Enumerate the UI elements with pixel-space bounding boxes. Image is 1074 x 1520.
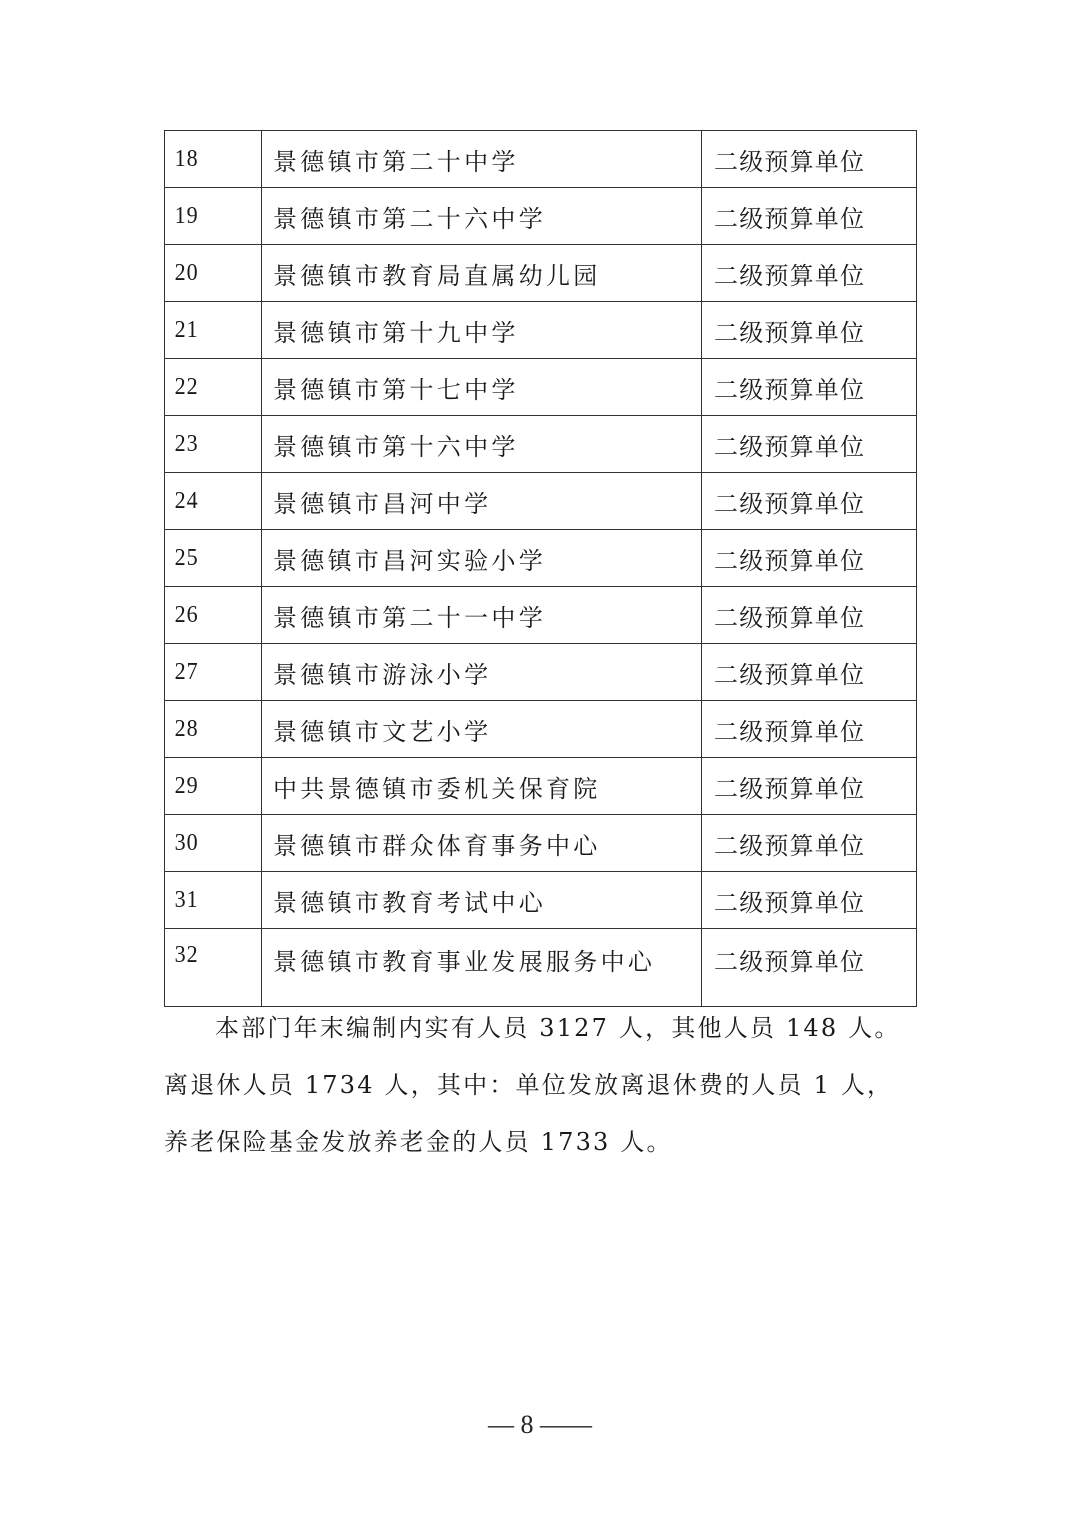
table-row: 32 景德镇市教育事业发展服务中心 二级预算单位 bbox=[165, 929, 917, 1007]
budget-level: 二级预算单位 bbox=[702, 302, 917, 359]
unit-name: 景德镇市群众体育事务中心 bbox=[262, 815, 702, 872]
row-number: 20 bbox=[165, 245, 254, 302]
table-row: 24 景德镇市昌河中学 二级预算单位 bbox=[165, 473, 917, 530]
table-row: 21 景德镇市第十九中学 二级预算单位 bbox=[165, 302, 917, 359]
budget-units-table: 18 景德镇市第二十中学 二级预算单位 19 景德镇市第二十六中学 二级预算单位… bbox=[164, 130, 917, 1007]
table-row: 26 景德镇市第二十一中学 二级预算单位 bbox=[165, 587, 917, 644]
row-number: 27 bbox=[165, 644, 254, 701]
unit-name: 景德镇市第二十中学 bbox=[262, 131, 702, 188]
unit-name: 景德镇市教育局直属幼儿园 bbox=[262, 245, 702, 302]
table-row: 30 景德镇市群众体育事务中心 二级预算单位 bbox=[165, 815, 917, 872]
unit-name: 中共景德镇市委机关保育院 bbox=[262, 758, 702, 815]
budget-level: 二级预算单位 bbox=[702, 872, 917, 929]
table-row: 31 景德镇市教育考试中心 二级预算单位 bbox=[165, 872, 917, 929]
table-row: 29 中共景德镇市委机关保育院 二级预算单位 bbox=[165, 758, 917, 815]
row-number: 18 bbox=[165, 131, 254, 188]
row-number: 30 bbox=[165, 815, 254, 872]
row-number: 29 bbox=[165, 758, 254, 815]
budget-level: 二级预算单位 bbox=[702, 416, 917, 473]
budget-level: 二级预算单位 bbox=[702, 359, 917, 416]
unit-name: 景德镇市文艺小学 bbox=[262, 701, 702, 758]
row-number: 31 bbox=[165, 872, 254, 929]
document-page: 18 景德镇市第二十中学 二级预算单位 19 景德镇市第二十六中学 二级预算单位… bbox=[0, 0, 1074, 1520]
budget-level: 二级预算单位 bbox=[702, 758, 917, 815]
budget-level: 二级预算单位 bbox=[702, 473, 917, 530]
paragraph-line: 养老保险基金发放养老金的人员 1733 人。 bbox=[164, 1114, 924, 1171]
unit-name: 景德镇市昌河中学 bbox=[262, 473, 702, 530]
row-number: 25 bbox=[165, 530, 254, 587]
budget-level: 二级预算单位 bbox=[702, 188, 917, 245]
budget-level: 二级预算单位 bbox=[702, 245, 917, 302]
unit-name: 景德镇市教育考试中心 bbox=[262, 872, 702, 929]
budget-level: 二级预算单位 bbox=[702, 929, 917, 1007]
budget-level: 二级预算单位 bbox=[702, 131, 917, 188]
row-number: 22 bbox=[165, 359, 254, 416]
unit-name: 景德镇市第十六中学 bbox=[262, 416, 702, 473]
table-row: 18 景德镇市第二十中学 二级预算单位 bbox=[165, 131, 917, 188]
unit-name: 景德镇市游泳小学 bbox=[262, 644, 702, 701]
row-number: 19 bbox=[165, 188, 254, 245]
budget-level: 二级预算单位 bbox=[702, 587, 917, 644]
row-number: 21 bbox=[165, 302, 254, 359]
unit-name: 景德镇市第十七中学 bbox=[262, 359, 702, 416]
table-row: 25 景德镇市昌河实验小学 二级预算单位 bbox=[165, 530, 917, 587]
unit-name: 景德镇市教育事业发展服务中心 bbox=[262, 929, 702, 1007]
row-number: 26 bbox=[165, 587, 254, 644]
row-number: 28 bbox=[165, 701, 254, 758]
table-row: 27 景德镇市游泳小学 二级预算单位 bbox=[165, 644, 917, 701]
staffing-paragraph: 本部门年末编制内实有人员 3127 人，其他人员 148 人。 离退休人员 17… bbox=[164, 1000, 924, 1171]
row-number: 32 bbox=[165, 929, 254, 1007]
unit-name: 景德镇市第十九中学 bbox=[262, 302, 702, 359]
paragraph-line: 本部门年末编制内实有人员 3127 人，其他人员 148 人。 bbox=[164, 1000, 924, 1057]
unit-name: 景德镇市第二十六中学 bbox=[262, 188, 702, 245]
table-row: 19 景德镇市第二十六中学 二级预算单位 bbox=[165, 188, 917, 245]
row-number: 24 bbox=[165, 473, 254, 530]
budget-level: 二级预算单位 bbox=[702, 644, 917, 701]
table-row: 22 景德镇市第十七中学 二级预算单位 bbox=[165, 359, 917, 416]
budget-level: 二级预算单位 bbox=[702, 701, 917, 758]
page-number: — 8 —— bbox=[480, 1410, 600, 1440]
table-row: 20 景德镇市教育局直属幼儿园 二级预算单位 bbox=[165, 245, 917, 302]
table-row: 28 景德镇市文艺小学 二级预算单位 bbox=[165, 701, 917, 758]
paragraph-line: 离退休人员 1734 人，其中：单位发放离退休费的人员 1 人， bbox=[164, 1057, 924, 1114]
budget-level: 二级预算单位 bbox=[702, 530, 917, 587]
row-number: 23 bbox=[165, 416, 254, 473]
unit-name: 景德镇市第二十一中学 bbox=[262, 587, 702, 644]
table-row: 23 景德镇市第十六中学 二级预算单位 bbox=[165, 416, 917, 473]
unit-name: 景德镇市昌河实验小学 bbox=[262, 530, 702, 587]
budget-level: 二级预算单位 bbox=[702, 815, 917, 872]
